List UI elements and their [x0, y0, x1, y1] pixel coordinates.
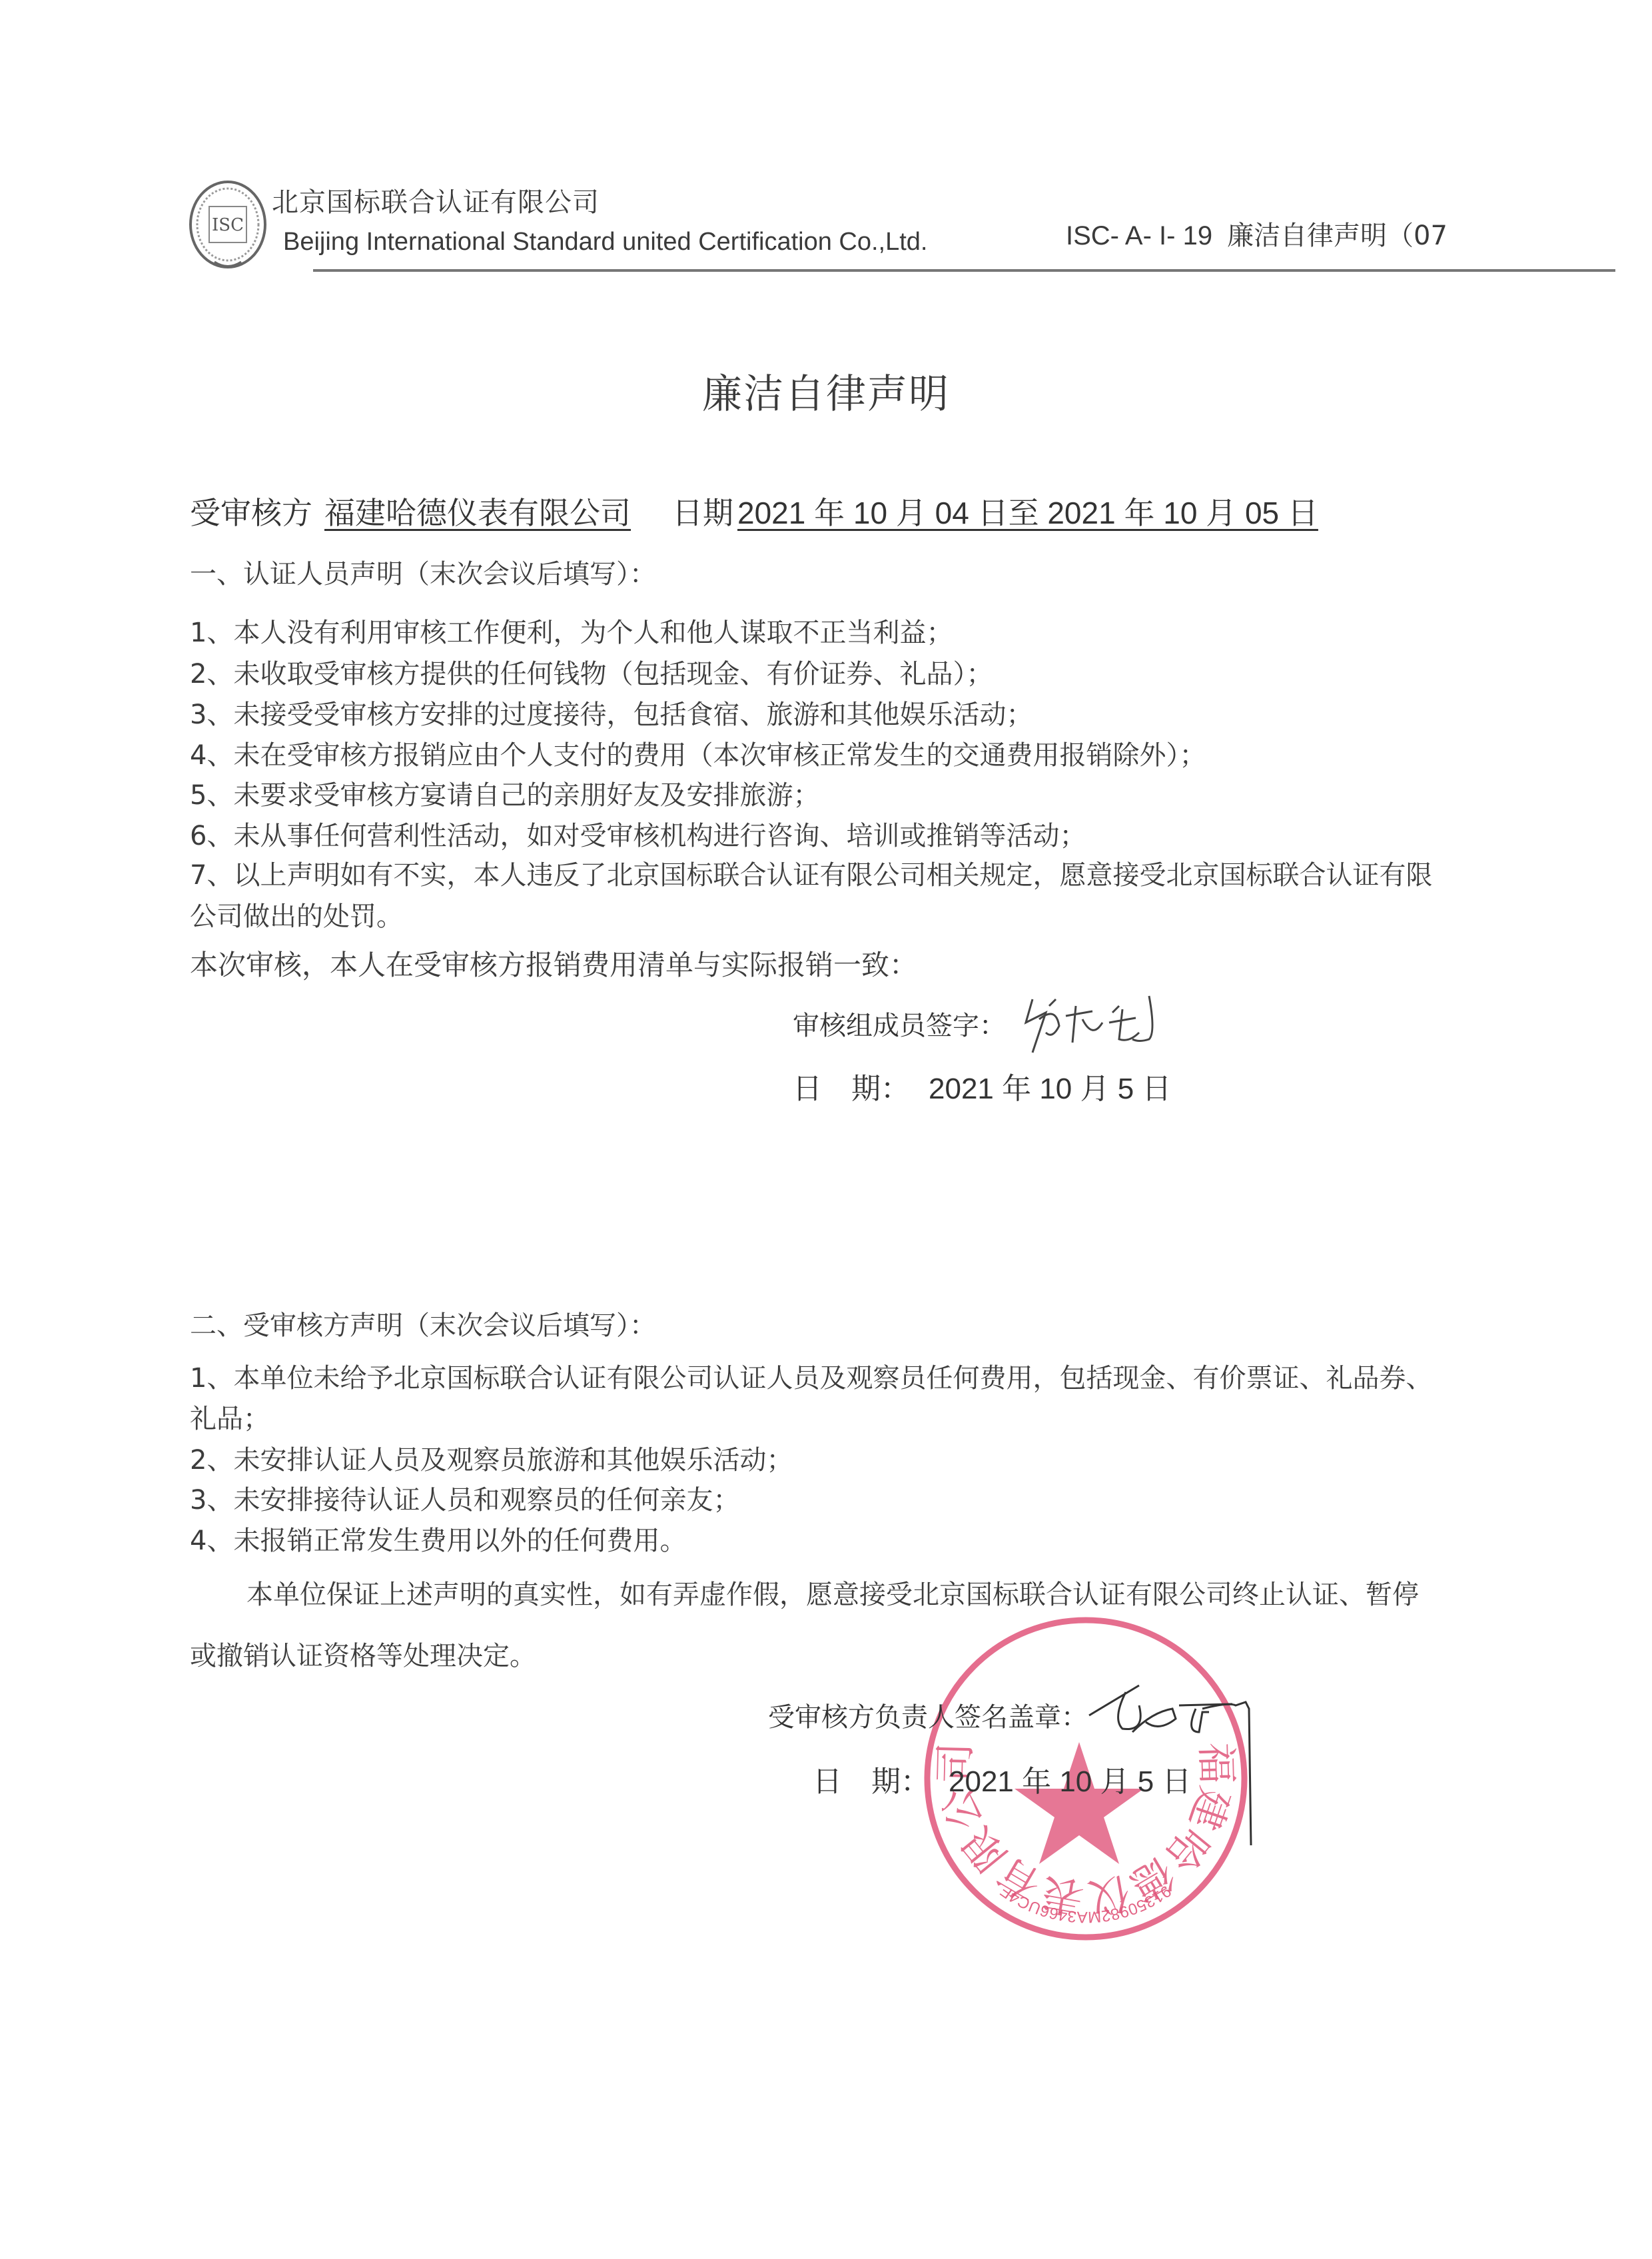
company-name-cn: 北京国标联合认证有限公司	[272, 181, 600, 219]
reimbursement-statement: 本次审核，本人在受审核方报销费用清单与实际报销一致：	[190, 943, 917, 983]
section1-item: 1、本人没有利用审核工作便利，为个人和他人谋取不正当利益；	[190, 612, 953, 650]
doc-name: 廉洁自律声明（07	[1227, 221, 1447, 251]
auditor-signature-label: 审核组成员签字：	[793, 1005, 1006, 1043]
section1-heading: 一、认证人员声明（末次会议后填写）：	[190, 553, 656, 591]
auditee-date-value: 2021 年 10 月 5 日	[949, 1765, 1191, 1798]
auditor-signature	[1019, 986, 1172, 1059]
date-range-value: 2021 年 10 月 04 日至 2021 年 10 月 05 日	[737, 496, 1318, 530]
auditee-label: 受审核方	[190, 495, 312, 531]
section2-item: 1、本单位未给予北京国标联合认证有限公司认证人员及观察员任何费用，包括现金、有价…	[190, 1357, 1432, 1395]
auditor-date-value: 2021 年 10 月 5 日	[929, 1073, 1171, 1105]
date-label: 日期	[672, 495, 733, 531]
audit-info-line: 受审核方福建哈德仪表有限公司日期2021 年 10 月 04 日至 2021 年…	[190, 489, 1318, 533]
header-divider	[313, 269, 1615, 272]
page-title: 廉洁自律声明	[0, 362, 1652, 420]
section1-item: 6、未从事任何营利性活动，如对受审核机构进行咨询、培训或推销等活动；	[190, 815, 1086, 853]
svg-text:ISC: ISC	[212, 215, 244, 235]
section2-item: 4、未报销正常发生费用以外的任何费用。	[190, 1520, 686, 1558]
section2-item-continued: 礼品；	[190, 1398, 270, 1436]
doc-code: ISC- A- I- 19	[1066, 221, 1212, 250]
auditee-date: 日 期：2021 年 10 月 5 日	[813, 1757, 1191, 1800]
section2-item: 2、未安排认证人员及观察员旅游和其他娱乐活动；	[190, 1439, 793, 1477]
section1-item: 3、未接受受审核方安排的过度接待，包括食宿、旅游和其他娱乐活动；	[190, 693, 1032, 731]
section1-item-continued: 公司做出的处罚。	[190, 895, 403, 933]
auditee-signature-label: 受审核方负责人签名盖章：	[768, 1696, 1088, 1734]
isc-logo-icon: ISC	[188, 179, 268, 270]
auditee-date-label: 日 期：	[813, 1765, 930, 1799]
section2-item: 3、未安排接待认证人员和观察员的任何亲友；	[190, 1479, 739, 1517]
section2-heading: 二、受审核方声明（末次会议后填写）：	[190, 1304, 656, 1342]
guarantee-statement-continued: 或撤销认证资格等处理决定。	[190, 1635, 536, 1673]
auditor-date-label: 日 期：	[793, 1072, 910, 1106]
company-name-en: Beijing International Standard united Ce…	[283, 228, 927, 256]
auditor-date: 日 期：2021 年 10 月 5 日	[793, 1065, 1171, 1107]
auditee-value: 福建哈德仪表有限公司	[312, 496, 664, 530]
section1-item: 5、未要求受审核方宴请自己的亲朋好友及安排旅游；	[190, 774, 819, 812]
document-code: ISC- A- I- 19廉洁自律声明（07	[1066, 215, 1447, 252]
section1-item: 4、未在受审核方报销应由个人支付的费用（本次审核正常发生的交通费用报销除外）；	[190, 734, 1206, 772]
section1-item: 2、未收取受审核方提供的任何钱物（包括现金、有价证券、礼品）；	[190, 653, 993, 691]
section1-item: 7、以上声明如有不实，本人违反了北京国标联合认证有限公司相关规定，愿意接受北京国…	[190, 854, 1432, 892]
